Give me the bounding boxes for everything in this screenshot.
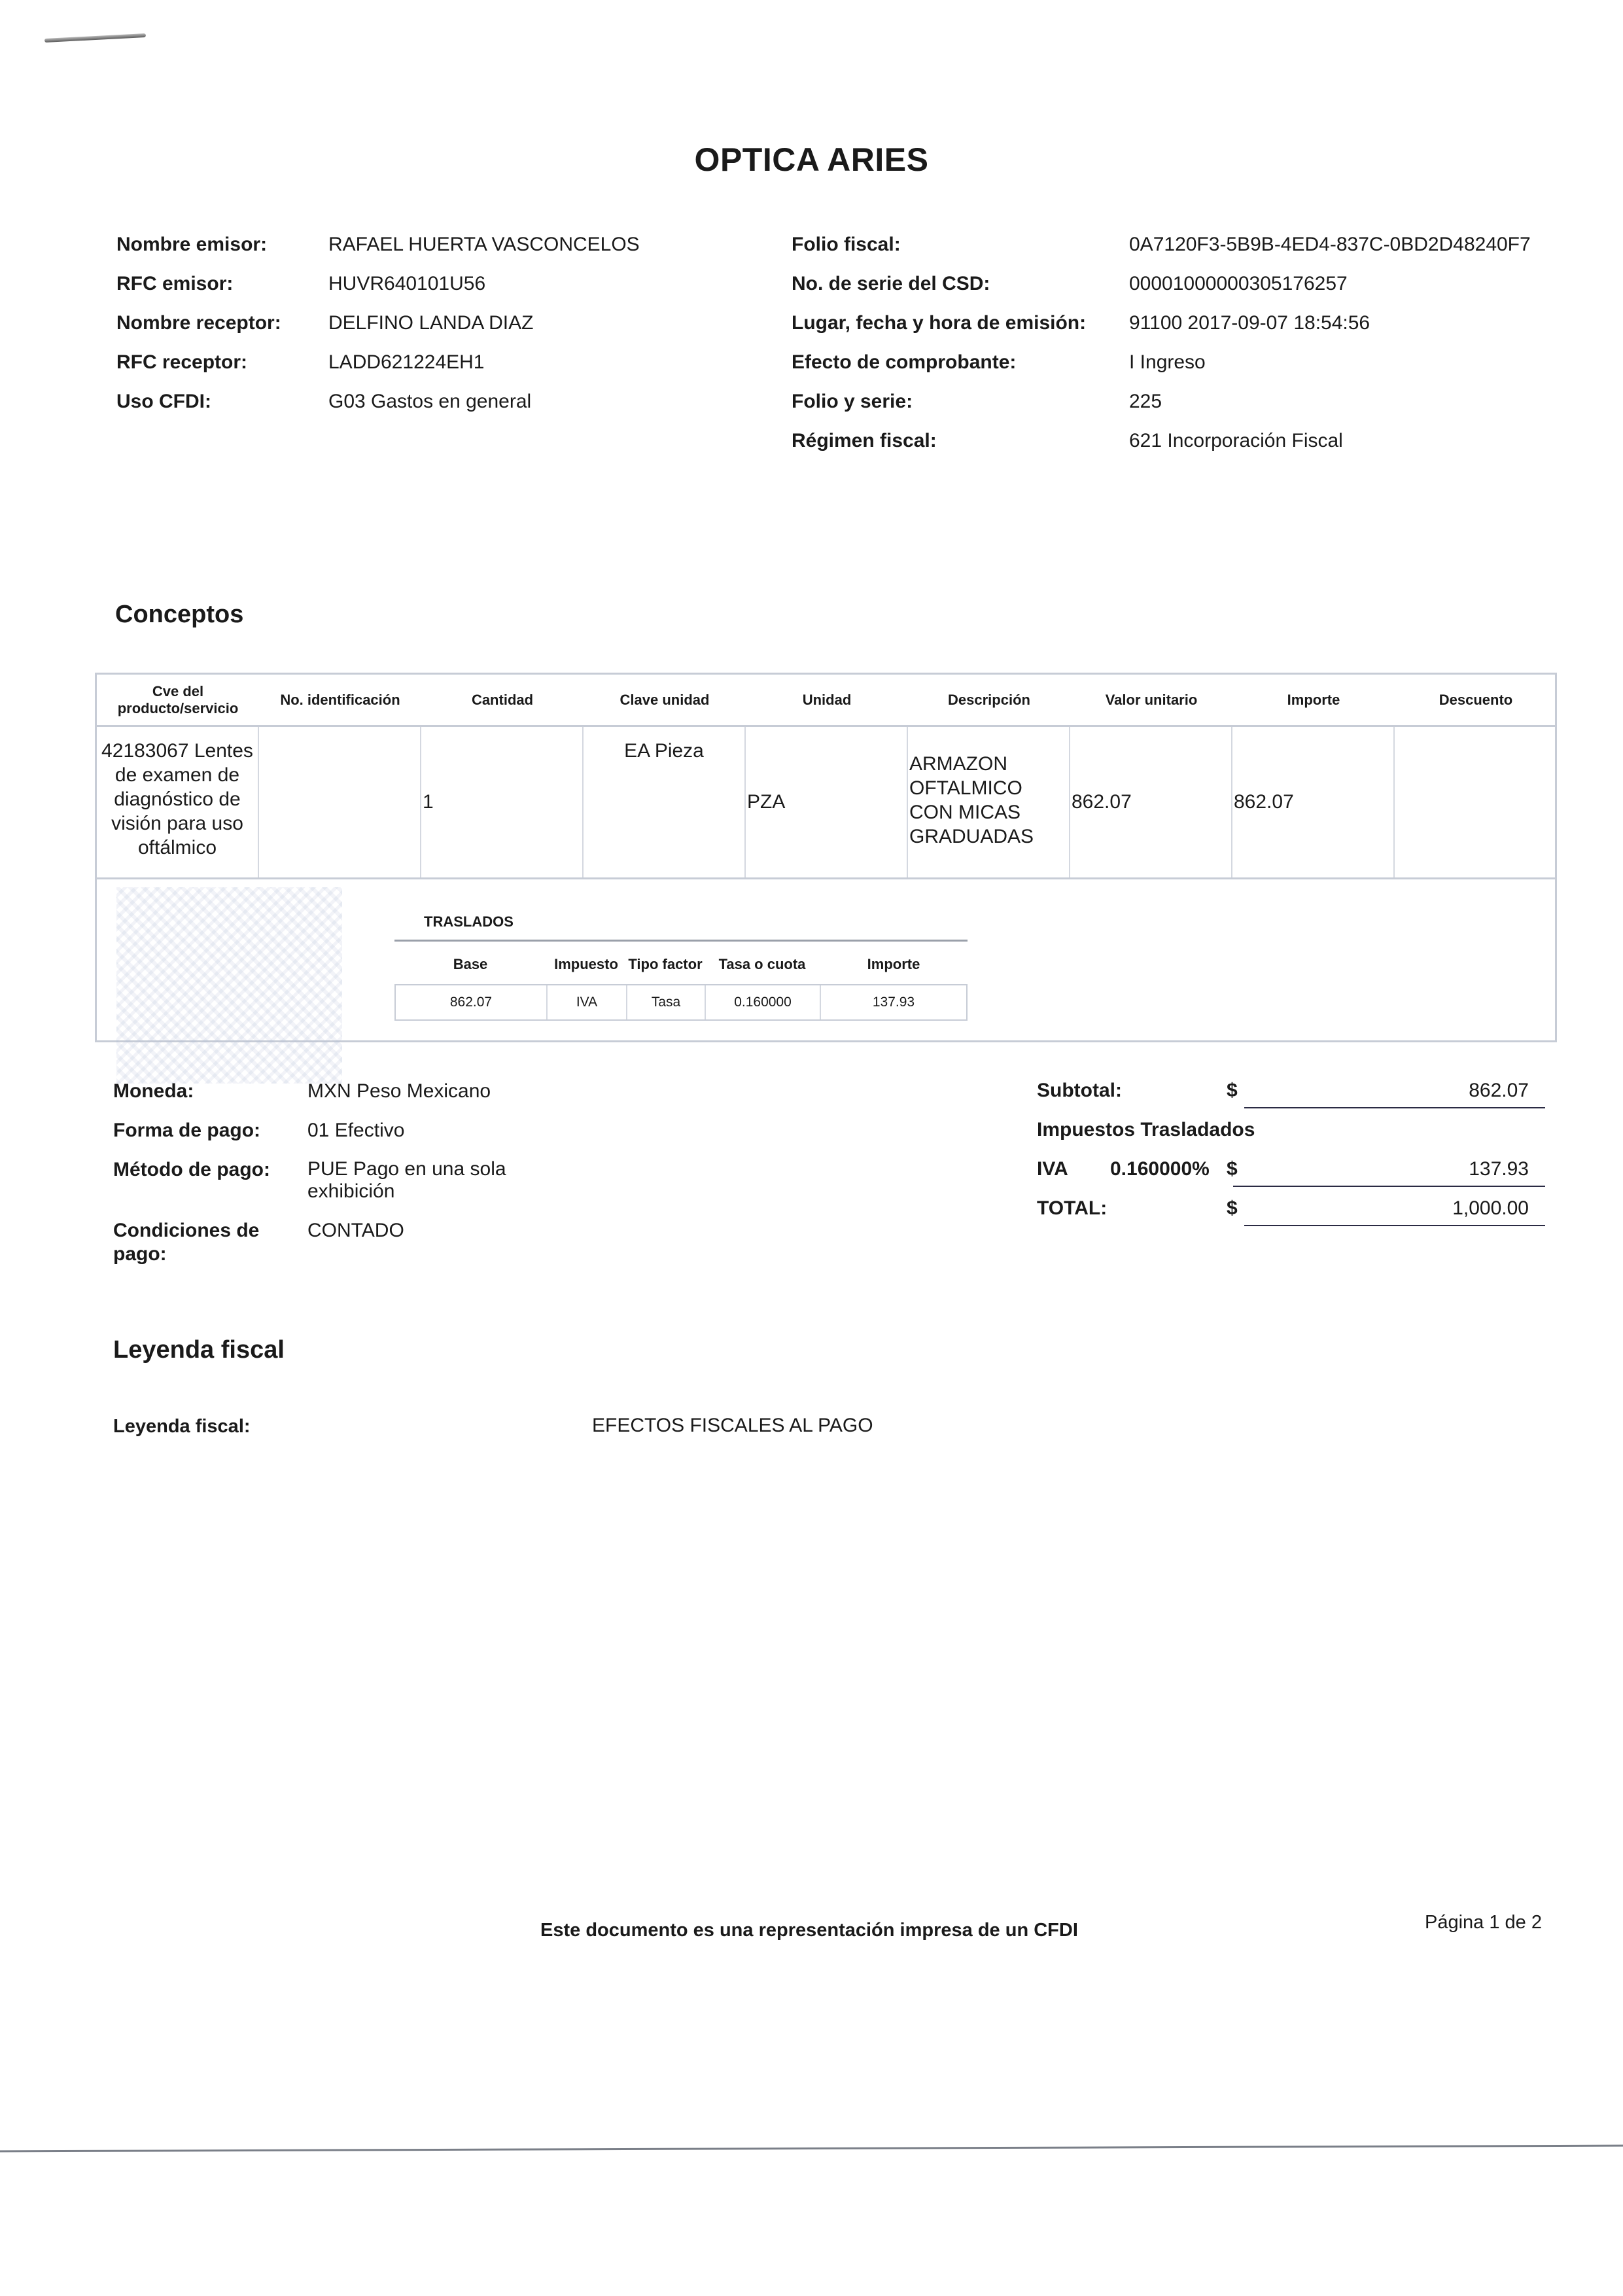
cell-descripcion: ARMAZON OFTALMICO CON MICAS GRADUADAS (908, 727, 1070, 877)
currency-symbol: $ (1227, 1158, 1238, 1180)
total-label: TOTAL: (1037, 1197, 1107, 1220)
field-label: Método de pago: (113, 1158, 270, 1182)
field-label: Nombre emisor: (116, 233, 267, 256)
field-label: RFC emisor: (116, 272, 233, 296)
tras-cell-base: 862.07 (396, 985, 548, 1019)
totals-block: Subtotal: $ 862.07 Impuestos Trasladados… (1037, 1080, 1560, 1224)
tras-cell-impuesto: IVA (548, 985, 627, 1019)
traslados-row: 862.07 IVA Tasa 0.160000 137.93 (394, 984, 968, 1021)
subtotal-value: 862.07 (1246, 1080, 1529, 1102)
field-label: Folio y serie: (792, 390, 913, 414)
staple-mark (44, 33, 146, 43)
col-descuento: Descuento (1395, 675, 1557, 725)
table-header: Cve del producto/servicio No. identifica… (97, 675, 1555, 727)
conceptos-table: Cve del producto/servicio No. identifica… (95, 673, 1557, 1042)
field-value: CONTADO (307, 1219, 404, 1243)
currency-symbol: $ (1227, 1080, 1238, 1102)
col-no-identificacion: No. identificación (259, 675, 421, 725)
tras-col-impuesto: Impuesto (546, 951, 626, 978)
field-label: Moneda: (113, 1080, 194, 1103)
divider (394, 940, 968, 942)
field-value: 225 (1129, 390, 1162, 414)
field-label: Uso CFDI: (116, 390, 211, 414)
cell-cve: 42183067 Lentes de examen de diagnóstico… (97, 727, 259, 877)
iva-label: IVA (1037, 1158, 1068, 1180)
field-value: LADD621224EH1 (328, 351, 485, 374)
cell-importe: 862.07 (1232, 727, 1395, 877)
field-value: 0A7120F3-5B9B-4ED4-837C-0BD2D48240F7 (1129, 233, 1531, 256)
col-cantidad: Cantidad (421, 675, 584, 725)
traslados-title: TRASLADOS (424, 913, 514, 930)
field-value: MXN Peso Mexicano (307, 1080, 491, 1103)
company-title: OPTICA ARIES (0, 141, 1623, 179)
cell-clave-unidad: EA Pieza (584, 727, 746, 877)
cfdi-footer-note: Este documento es una representación imp… (540, 1920, 1078, 1941)
field-label: Condiciones de pago: (113, 1219, 277, 1266)
divider (1244, 1107, 1545, 1108)
conceptos-heading: Conceptos (115, 601, 243, 629)
tras-cell-tipo-factor: Tasa (627, 985, 706, 1019)
field-value: 91100 2017-09-07 18:54:56 (1129, 311, 1370, 335)
tras-cell-tasa: 0.160000 (706, 985, 821, 1019)
payment-block: Moneda: MXN Peso Mexicano Forma de pago:… (113, 1080, 637, 1276)
divider (1233, 1186, 1545, 1187)
field-value: HUVR640101U56 (328, 272, 485, 296)
field-label: RFC receptor: (116, 351, 247, 374)
subtotal-label: Subtotal: (1037, 1080, 1122, 1102)
tras-col-tipo-factor: Tipo factor (626, 951, 705, 978)
page-number: Página 1 de 2 (1425, 1912, 1542, 1934)
leyenda-value: EFECTOS FISCALES AL PAGO (592, 1415, 873, 1437)
col-unidad: Unidad (746, 675, 908, 725)
cell-no-identificacion (259, 727, 421, 877)
iva-rate: 0.160000% (1110, 1158, 1210, 1180)
field-label: No. de serie del CSD: (792, 272, 990, 296)
field-value: 00001000000305176257 (1129, 272, 1348, 296)
total-value: 1,000.00 (1246, 1197, 1529, 1220)
field-value: PUE Pago en una sola exhibición (307, 1158, 523, 1203)
tras-col-importe: Importe (820, 951, 968, 978)
traslados-table: Base Impuesto Tipo factor Tasa o cuota I… (394, 940, 968, 1034)
field-label: Forma de pago: (113, 1119, 260, 1142)
field-label: Lugar, fecha y hora de emisión: (792, 311, 1086, 335)
iva-value: 137.93 (1246, 1158, 1529, 1180)
cell-valor-unitario: 862.07 (1070, 727, 1232, 877)
scan-edge-line (0, 2145, 1623, 2153)
field-label: Efecto de comprobante: (792, 351, 1016, 374)
field-label: Régimen fiscal: (792, 429, 937, 453)
field-value: RAFAEL HUERTA VASCONCELOS (328, 233, 640, 256)
field-label: Folio fiscal: (792, 233, 901, 256)
cell-unidad: PZA (746, 727, 908, 877)
cell-descuento (1395, 727, 1557, 877)
field-label: Nombre receptor: (116, 311, 281, 335)
field-value: I Ingreso (1129, 351, 1206, 374)
impuestos-trasladados-label: Impuestos Trasladados (1037, 1119, 1255, 1141)
field-value: 01 Efectivo (307, 1119, 404, 1142)
leyenda-heading: Leyenda fiscal (113, 1336, 285, 1364)
col-valor-unitario: Valor unitario (1070, 675, 1232, 725)
leyenda-label: Leyenda fiscal: (113, 1416, 251, 1438)
col-descripcion: Descripción (908, 675, 1070, 725)
tras-cell-importe: 137.93 (821, 985, 966, 1019)
tras-col-base: Base (394, 951, 546, 978)
fiscal-block: Folio fiscal: 0A7120F3-5B9B-4ED4-837C-0B… (792, 233, 1577, 468)
table-row: 42183067 Lentes de examen de diagnóstico… (97, 727, 1555, 879)
col-clave-unidad: Clave unidad (584, 675, 746, 725)
field-value: DELFINO LANDA DIAZ (328, 311, 533, 335)
col-cve: Cve del producto/servicio (97, 675, 259, 725)
divider (1244, 1225, 1545, 1226)
cell-cantidad: 1 (421, 727, 584, 877)
qr-code-ghost (116, 887, 342, 1084)
emisor-block: Nombre emisor: RAFAEL HUERTA VASCONCELOS… (116, 233, 771, 429)
field-value: G03 Gastos en general (328, 390, 531, 414)
col-importe: Importe (1232, 675, 1395, 725)
field-value: 621 Incorporación Fiscal (1129, 429, 1343, 453)
tras-col-tasa: Tasa o cuota (705, 951, 820, 978)
currency-symbol: $ (1227, 1197, 1238, 1220)
